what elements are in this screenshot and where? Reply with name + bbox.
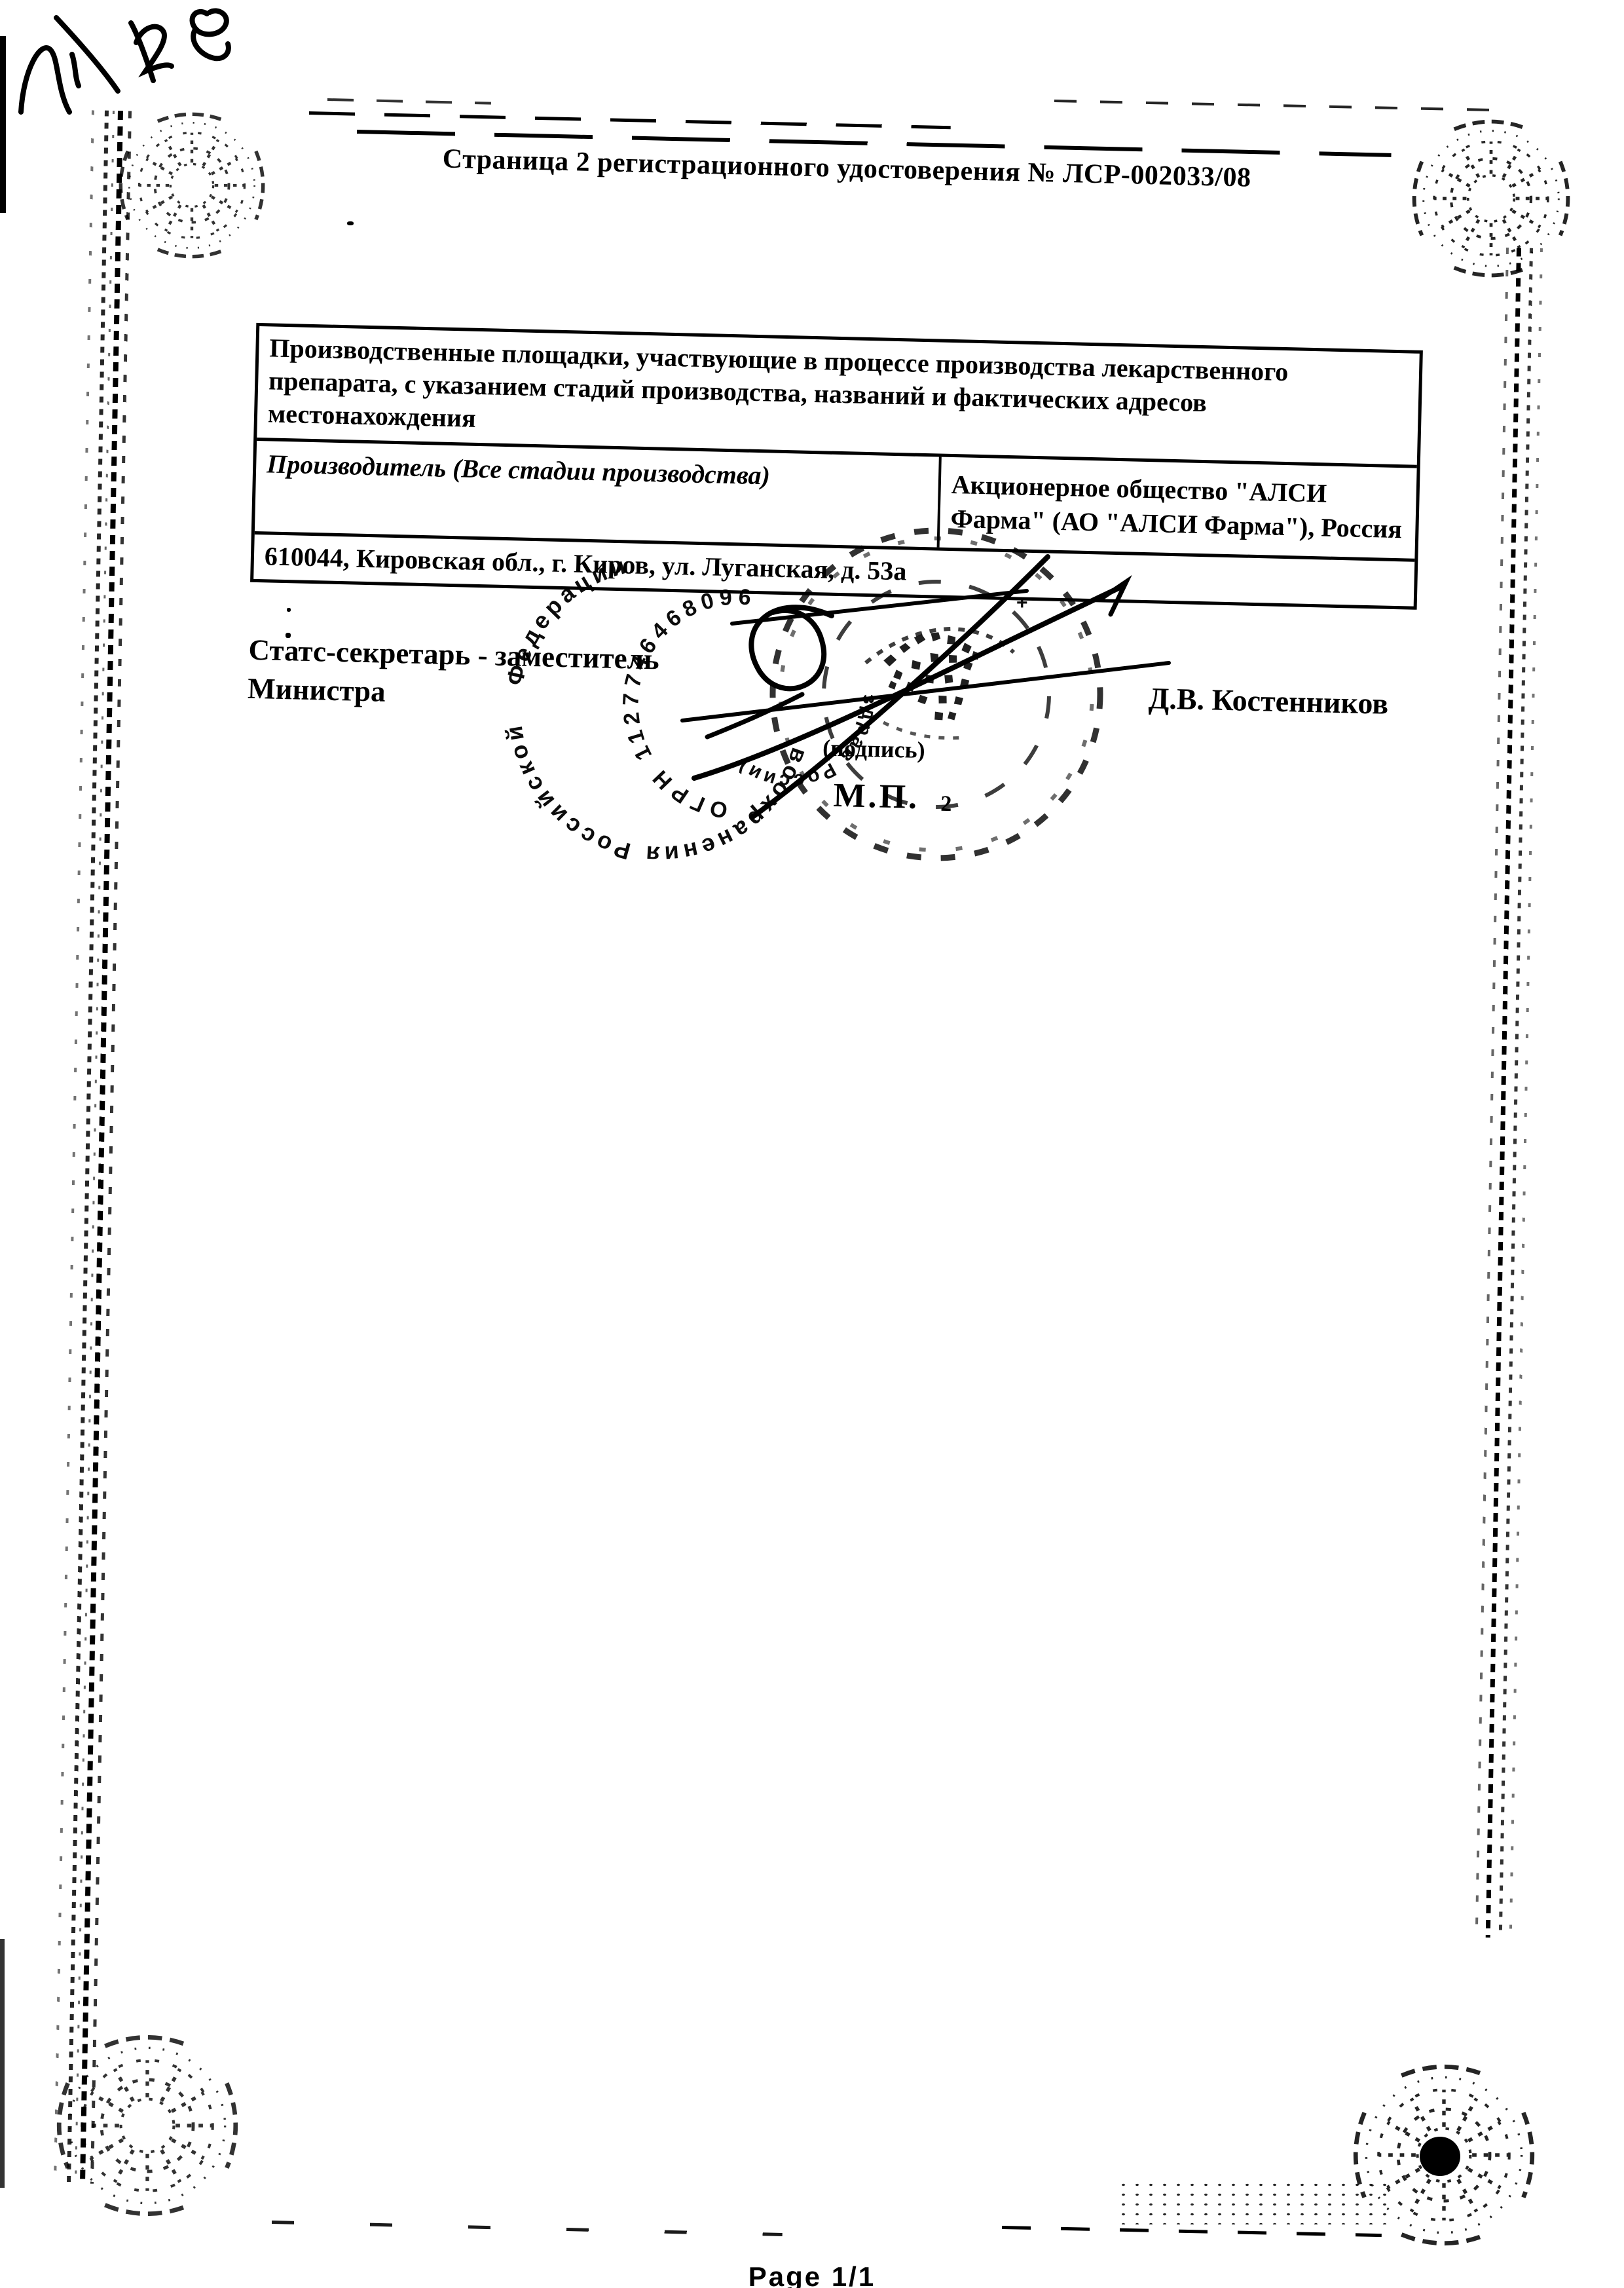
rosette-bottom-left-icon — [46, 2024, 249, 2227]
handwritten-note — [7, 3, 255, 128]
border-bottom-line — [272, 2221, 783, 2236]
signature-scribble — [668, 537, 1192, 852]
border-bottom-line — [1002, 2226, 1382, 2237]
border-left-line — [90, 111, 132, 2184]
border-top-line — [327, 98, 491, 105]
page-title: Страница 2 регистрационного удостоверени… — [260, 139, 1434, 198]
rosette-top-left-icon — [110, 103, 274, 267]
border-top-line — [309, 111, 951, 129]
scan-edge-artifact — [0, 36, 6, 213]
border-left-line — [75, 111, 115, 2184]
border-left — [46, 110, 144, 2184]
page-footer: Page 1/1 — [0, 2261, 1624, 2288]
signatory-title: Статс-секретарь - заместитель Министра — [248, 631, 660, 717]
hole-punch-dot — [1420, 2137, 1460, 2176]
border-right — [1474, 248, 1552, 1938]
scan-edge-artifact — [0, 1939, 5, 2188]
scanned-certificate-page: { "colors": { "ink": "#000000", "paper":… — [0, 0, 1624, 2288]
